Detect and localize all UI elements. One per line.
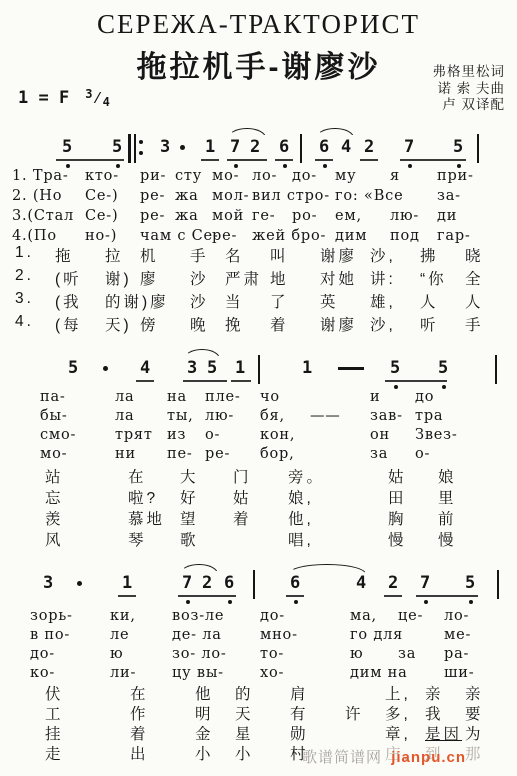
lyric-syllable: до- bbox=[30, 646, 110, 662]
lyric-syllable: жа bbox=[175, 188, 212, 204]
lyric-syllable: бор, bbox=[260, 446, 310, 462]
note-digit: 2 bbox=[388, 573, 404, 593]
lyric-syllable: 天 bbox=[235, 702, 290, 724]
note-digit: 1 bbox=[235, 358, 251, 378]
lyric-syllable: 站 bbox=[45, 465, 128, 487]
lyric-syllable: це- bbox=[398, 608, 444, 624]
lyric-syllable: “你 bbox=[420, 267, 465, 289]
repeat-sign bbox=[128, 134, 144, 163]
lyric-syllable: 金 bbox=[195, 722, 235, 744]
song-title-russian: СЕРЕЖА-ТРАКТОРИСТ bbox=[0, 9, 517, 40]
lyric-syllable: 前 bbox=[438, 507, 517, 529]
lyric-line: в по-леде- ламно-го дляме- bbox=[0, 627, 517, 646]
lyric-syllable: жа bbox=[175, 208, 212, 224]
lyric-syllable: 工 bbox=[45, 702, 130, 724]
lyric-syllable: 琴 bbox=[128, 528, 180, 550]
lyric-syllable: 英 bbox=[320, 290, 370, 312]
lyric-syllable: де- ла bbox=[172, 627, 260, 643]
barline bbox=[258, 355, 260, 384]
lyric-line: 站在大门旁。姑娘 bbox=[0, 465, 517, 486]
lyric-syllable: 1. Тра- bbox=[12, 168, 85, 184]
lyric-syllable: зо- ло- bbox=[172, 646, 260, 662]
lyric-syllable: в по- bbox=[30, 627, 110, 643]
lyric-syllable: Се-) bbox=[85, 188, 140, 204]
lyric-syllable: 的谢)廖 bbox=[105, 290, 140, 312]
low-octave-dot bbox=[186, 600, 190, 604]
eighth-note-beam bbox=[416, 595, 478, 597]
barline bbox=[300, 134, 302, 163]
lyric-syllable: мой bbox=[212, 208, 252, 224]
lyric-syllable: под bbox=[390, 228, 437, 244]
lyric-syllable: воз-ле bbox=[172, 608, 260, 624]
lyric-syllable: за- bbox=[437, 188, 517, 204]
lyric-syllable: чам с Се- bbox=[140, 228, 175, 244]
watermark: 歌谱简谱网 jianpu.cn bbox=[302, 746, 466, 767]
lyric-syllable: Се-) bbox=[85, 208, 140, 224]
lyric-syllable: я bbox=[390, 168, 437, 184]
lyric-syllable: 对她 bbox=[320, 267, 370, 289]
lyric-syllable: 歌 bbox=[180, 528, 233, 550]
lyric-syllable: 小 bbox=[235, 742, 290, 764]
lyric-syllable: жей бро- bbox=[252, 228, 292, 244]
note-digit: 6 bbox=[290, 573, 306, 593]
credit-line: 诺 索 夫曲 bbox=[433, 81, 506, 98]
lyric-syllable: ма, bbox=[350, 608, 398, 624]
lyric-syllable: ре- bbox=[212, 228, 252, 244]
lyric-syllable: 在 bbox=[130, 682, 195, 704]
lyric-syllable: 叫 bbox=[270, 244, 320, 266]
time-signature: 3⁄4 bbox=[85, 88, 110, 108]
lyric-syllable: 晓 bbox=[465, 244, 517, 266]
lyric-syllable: 旁。 bbox=[288, 465, 388, 487]
note-digit: 5 bbox=[68, 358, 84, 378]
note-digit: 5 bbox=[465, 573, 481, 593]
note-digit: 2 bbox=[202, 573, 218, 593]
lyric-syllable: 上, bbox=[385, 682, 425, 704]
lyric-syllable: трят bbox=[115, 427, 167, 443]
tie-slur-arc bbox=[184, 349, 220, 359]
augmentation-dot bbox=[180, 145, 185, 150]
augmentation-dot bbox=[103, 366, 108, 371]
lyric-line: 2.(听谢)廖沙严肃地对她讲:“你全 bbox=[0, 267, 517, 290]
lyric-syllable: 4.(По bbox=[12, 228, 85, 244]
lyric-syllable: ю bbox=[350, 646, 398, 662]
lyric-syllable: 地 bbox=[270, 267, 320, 289]
lyric-syllable: бя, bbox=[260, 408, 310, 424]
lyric-syllable: мол- bbox=[212, 188, 252, 204]
lyric-syllable: 那 bbox=[465, 742, 517, 764]
note-digit: 3 bbox=[43, 573, 59, 593]
lyric-syllable: 忘 bbox=[45, 486, 128, 508]
lyric-syllable: 名 bbox=[225, 244, 270, 266]
credits-block: 弗格里松词诺 索 夫曲卢 双译配 bbox=[433, 64, 506, 114]
lyric-syllable: ю bbox=[110, 646, 172, 662]
credit-line: 卢 双译配 bbox=[433, 97, 506, 114]
lyric-syllable: сту bbox=[175, 168, 212, 184]
lyric-syllable: (我 bbox=[55, 290, 105, 312]
lyric-syllable: 他 bbox=[195, 682, 235, 704]
note-digit: 5 bbox=[390, 358, 406, 378]
lyric-syllable: —— bbox=[310, 408, 370, 424]
lyric-syllable: тра bbox=[415, 408, 517, 424]
lyric-syllable: 着 bbox=[270, 313, 320, 335]
low-octave-dot bbox=[424, 600, 428, 604]
lyric-syllable: лю- bbox=[205, 408, 260, 424]
lyric-syllable: за bbox=[370, 446, 415, 462]
lyric-syllable: 雄, bbox=[370, 290, 420, 312]
tie-slur-arc bbox=[316, 128, 354, 138]
lyric-syllable: 星 bbox=[235, 722, 290, 744]
low-octave-dot bbox=[228, 600, 232, 604]
note-digit: 4 bbox=[356, 573, 372, 593]
note-digit: 7 bbox=[182, 573, 198, 593]
lyric-syllable: 唱, bbox=[288, 528, 388, 550]
lyric-syllable: 拂 bbox=[420, 244, 465, 266]
eighth-note-beam bbox=[201, 159, 219, 161]
lyric-syllable: смо- bbox=[40, 427, 115, 443]
key-signature: 1 = F3⁄4 bbox=[18, 87, 110, 109]
lyric-syllable: дим на bbox=[350, 665, 398, 681]
watermark-site-url: jianpu.cn bbox=[391, 749, 466, 766]
lyric-syllable: 了 bbox=[270, 290, 320, 312]
lyric-line: 3.(我的谢)廖沙当了英雄,人人 bbox=[0, 290, 517, 313]
lyric-syllable: ла bbox=[115, 408, 167, 424]
lyric-syllable: то- bbox=[260, 646, 350, 662]
note-digit: 7 bbox=[420, 573, 436, 593]
note-digit: 3 bbox=[160, 137, 176, 157]
note-digit: 4 bbox=[140, 358, 156, 378]
lyric-syllable: 人 bbox=[420, 290, 465, 312]
low-octave-dot bbox=[469, 600, 473, 604]
lyric-syllable: цу вы- bbox=[172, 665, 260, 681]
lyric-line: зорь-ки,воз-ледо-ма,це-ло- bbox=[0, 608, 517, 627]
lyric-syllable: 为 bbox=[465, 722, 517, 744]
lyric-syllable: 廖 bbox=[140, 267, 190, 289]
lyric-syllable: 勋 bbox=[290, 722, 345, 744]
watermark-site-name-chinese: 歌谱简谱网 bbox=[302, 749, 382, 766]
lyric-syllable: го: «Все bbox=[335, 188, 390, 204]
lyric-syllable: хо- bbox=[260, 665, 350, 681]
note-digit: 2 bbox=[250, 137, 266, 157]
lyric-syllable: 娘 bbox=[438, 465, 517, 487]
note-digit: 1 bbox=[205, 137, 221, 157]
note-digit: 3 bbox=[187, 358, 203, 378]
lyric-syllable: 4. bbox=[15, 313, 55, 331]
lyric-syllable: 要 bbox=[465, 702, 517, 724]
lyric-line: 工作明天有许多,我要 bbox=[0, 702, 517, 722]
lyric-syllable: 3.(Стал bbox=[12, 208, 85, 224]
note-digit: 2 bbox=[364, 137, 380, 157]
lyric-syllable: 慢 bbox=[388, 528, 438, 550]
eighth-note-beam bbox=[400, 159, 466, 161]
barline bbox=[253, 570, 255, 599]
lyric-syllable: ла bbox=[115, 389, 167, 405]
lyric-syllable: 风 bbox=[45, 528, 128, 550]
note-digit: 1 bbox=[122, 573, 138, 593]
note-digit: 4 bbox=[341, 137, 357, 157]
lyric-syllable: 谢廖 bbox=[320, 313, 370, 335]
lyric-syllable: кон, bbox=[260, 427, 310, 443]
lyric-syllable: (每 bbox=[55, 313, 105, 335]
lyric-syllable: 着 bbox=[130, 722, 195, 744]
lyric-syllable: гар- bbox=[437, 228, 517, 244]
lyric-syllable: о- bbox=[415, 446, 517, 462]
lyric-syllable: дим bbox=[335, 228, 390, 244]
lyric-syllable: 是因 bbox=[425, 722, 465, 744]
lyric-line: 挂着金星勋章,是因为 bbox=[0, 722, 517, 742]
eighth-note-beam bbox=[227, 159, 267, 161]
lyric-syllable: 啦? bbox=[128, 486, 180, 508]
eighth-note-beam bbox=[56, 159, 124, 161]
lyric-syllable: ши- bbox=[444, 665, 517, 681]
lyric-syllable: 许 bbox=[345, 702, 385, 724]
lyric-syllable: 他, bbox=[288, 507, 388, 529]
lyric-syllable: 作 bbox=[130, 702, 195, 724]
lyric-syllable: 人 bbox=[465, 290, 517, 312]
lyric-line: 羡慕地望着他,胸前 bbox=[0, 507, 517, 528]
lyric-syllable: 沙, bbox=[370, 244, 420, 266]
lyric-syllable: Звез- bbox=[415, 427, 517, 443]
lyric-syllable: 姑 bbox=[388, 465, 438, 487]
lyric-syllable: 严肃 bbox=[225, 267, 270, 289]
note-digit: 5 bbox=[112, 137, 128, 157]
note-digit: 6 bbox=[279, 137, 295, 157]
lyric-syllable: зорь- bbox=[30, 608, 110, 624]
lyric-line: 1.拖拉机手名叫谢廖沙,拂晓 bbox=[0, 244, 517, 267]
lyric-syllable: ге- bbox=[252, 208, 292, 224]
lyric-syllable: 大 bbox=[180, 465, 233, 487]
lyric-syllable: 2. (Но bbox=[12, 188, 85, 204]
lyric-syllable: па- bbox=[40, 389, 115, 405]
note-digit: 5 bbox=[453, 137, 469, 157]
scanned-sheet-music-page: СЕРЕЖА-ТРАКТОРИСТ 拖拉机手-谢廖沙 1 = F3⁄4 弗格里松… bbox=[0, 0, 517, 776]
lyric-syllable: 慢 bbox=[438, 528, 517, 550]
lyric-syllable: ме- bbox=[444, 627, 517, 643]
lyric-syllable: 1. bbox=[15, 244, 55, 262]
duration-dash bbox=[338, 367, 364, 370]
lyric-syllable: мо- bbox=[212, 168, 252, 184]
lyric-syllable: ки, bbox=[110, 608, 172, 624]
credit-line: 弗格里松词 bbox=[433, 64, 506, 81]
lyric-syllable: 着 bbox=[233, 507, 288, 529]
lyric-syllable: 沙 bbox=[190, 267, 225, 289]
note-digit: 1 bbox=[302, 358, 318, 378]
lyric-line: 3.(СталСе-)ре-жамойге-ро-ем,лю-ди bbox=[0, 208, 517, 228]
eighth-note-beam bbox=[136, 380, 154, 382]
lyric-syllable: 在 bbox=[128, 465, 180, 487]
lyrics-russian-verse-block-2: па-ланапле-чоидобы-латы,лю-бя,——зав-трас… bbox=[0, 389, 517, 465]
lyric-syllable: 谢) bbox=[105, 267, 140, 289]
lyric-syllable: 手 bbox=[465, 313, 517, 335]
lyric-syllable: го для bbox=[350, 627, 398, 643]
key-label: 1 = F bbox=[18, 88, 69, 108]
lyric-line: 1. Тра-кто-ри-стумо-ло-до-муяпри- bbox=[0, 168, 517, 188]
lyric-syllable: 讲: bbox=[370, 267, 420, 289]
lyric-syllable: ди bbox=[437, 208, 517, 224]
barline bbox=[477, 134, 479, 163]
note-digit: 5 bbox=[207, 358, 223, 378]
lyric-syllable: 沙 bbox=[190, 290, 225, 312]
augmentation-dot bbox=[77, 581, 82, 586]
lyric-line: 风琴歌唱,慢慢 bbox=[0, 528, 517, 549]
lyric-syllable: ло- bbox=[252, 168, 292, 184]
eighth-note-beam bbox=[178, 595, 236, 597]
lyric-syllable: 沙, bbox=[370, 313, 420, 335]
lyric-syllable: лю- bbox=[390, 208, 437, 224]
lyric-syllable: 亲 bbox=[465, 682, 517, 704]
lyric-syllable: 机 bbox=[140, 244, 190, 266]
lyric-syllable: 全 bbox=[465, 267, 517, 289]
eighth-note-beam bbox=[385, 380, 447, 382]
lyric-syllable: о- bbox=[205, 427, 260, 443]
lyric-syllable: вил стро- bbox=[252, 188, 292, 204]
lyric-syllable: ло- bbox=[444, 608, 517, 624]
lyric-syllable: за bbox=[398, 646, 444, 662]
lyric-syllable: 拉 bbox=[105, 244, 140, 266]
tie-slur-arc bbox=[288, 564, 366, 574]
tie-slur-arc bbox=[228, 128, 266, 138]
lyric-syllable: 当 bbox=[225, 290, 270, 312]
lyric-syllable: 傍 bbox=[140, 313, 190, 335]
lyric-syllable: он bbox=[370, 427, 415, 443]
lyric-line: па-ланапле-чоидо bbox=[0, 389, 517, 408]
lyric-syllable: 明 bbox=[195, 702, 235, 724]
lyric-syllable: 我 bbox=[425, 702, 465, 724]
low-octave-dot bbox=[294, 600, 298, 604]
eighth-note-beam bbox=[384, 595, 402, 597]
lyrics-chinese-verse-block-2: 站在大门旁。姑娘忘啦?好姑娘,田里羡慕地望着他,胸前风琴歌唱,慢慢 bbox=[0, 465, 517, 549]
lyric-syllable: мно- bbox=[260, 627, 350, 643]
lyric-syllable: чо bbox=[260, 389, 310, 405]
lyric-syllable: из bbox=[167, 427, 205, 443]
note-digit: 6 bbox=[224, 573, 240, 593]
lyric-syllable: 章, bbox=[385, 722, 425, 744]
lyrics-chinese-verse-block-1: 1.拖拉机手名叫谢廖沙,拂晓2.(听谢)廖沙严肃地对她讲:“你全3.(我的谢)廖… bbox=[0, 244, 517, 336]
lyric-line: 2. (НоСе-)ре-жамол-вил стро-го: «Всеза- bbox=[0, 188, 517, 208]
lyric-line: смо-трятизо-кон,онЗвез- bbox=[0, 427, 517, 446]
lyric-line: 忘啦?好姑娘,田里 bbox=[0, 486, 517, 507]
lyric-syllable: ли- bbox=[110, 665, 172, 681]
lyric-syllable: 挂 bbox=[45, 722, 130, 744]
lyric-line: мо-нипе-ре-бор,зао- bbox=[0, 446, 517, 465]
lyrics-russian-verse-block-3: зорь-ки,воз-ледо-ма,це-ло-в по-леде- лам… bbox=[0, 608, 517, 684]
lyric-syllable: 晚 bbox=[190, 313, 225, 335]
lyric-syllable: (听 bbox=[55, 267, 105, 289]
lyric-syllable: 走 bbox=[45, 742, 130, 764]
lyric-syllable: ем, bbox=[335, 208, 390, 224]
lyric-syllable: 有 bbox=[290, 702, 345, 724]
note-digit: 5 bbox=[62, 137, 78, 157]
lyric-syllable: ре- bbox=[140, 188, 175, 204]
tie-slur-arc bbox=[180, 564, 218, 574]
lyric-syllable: 望 bbox=[180, 507, 233, 529]
lyric-syllable: 里 bbox=[438, 486, 517, 508]
lyric-syllable: 好 bbox=[180, 486, 233, 508]
note-digit: 7 bbox=[404, 137, 420, 157]
lyrics-russian-verse-block-1: 1. Тра-кто-ри-стумо-ло-до-муяпри-2. (НоС… bbox=[0, 168, 517, 248]
barline bbox=[497, 570, 499, 599]
lyric-line: 4.(每天)傍晚挽着谢廖沙,听手 bbox=[0, 313, 517, 336]
lyric-syllable: ро- bbox=[292, 208, 335, 224]
lyric-syllable: ре- bbox=[205, 446, 260, 462]
lyric-syllable: 田 bbox=[388, 486, 438, 508]
note-digit: 5 bbox=[438, 358, 454, 378]
lyric-syllable: пле- bbox=[205, 389, 260, 405]
lyric-line: бы-латы,лю-бя,——зав-тра bbox=[0, 408, 517, 427]
eighth-note-beam bbox=[315, 159, 333, 161]
lyric-syllable: 挽 bbox=[225, 313, 270, 335]
lyric-syllable: ле bbox=[110, 627, 172, 643]
lyric-syllable: ты, bbox=[167, 408, 205, 424]
note-digit: 6 bbox=[319, 137, 335, 157]
lyric-syllable: до bbox=[415, 389, 517, 405]
lyric-syllable: 慕地 bbox=[128, 507, 180, 529]
lyric-syllable: 肩 bbox=[290, 682, 345, 704]
lyric-syllable: му bbox=[335, 168, 390, 184]
lyric-syllable: бы- bbox=[40, 408, 115, 424]
eighth-note-beam bbox=[360, 159, 378, 161]
lyric-syllable: 的 bbox=[235, 682, 290, 704]
lyric-syllable: 手 bbox=[190, 244, 225, 266]
lyric-syllable: до- bbox=[292, 168, 335, 184]
lyric-syllable: 娘, bbox=[288, 486, 388, 508]
lyric-syllable: 听 bbox=[420, 313, 465, 335]
lyric-syllable: 3. bbox=[15, 290, 55, 308]
eighth-note-beam bbox=[286, 595, 304, 597]
lyric-syllable: ре- bbox=[140, 208, 175, 224]
lyric-syllable: 门 bbox=[233, 465, 288, 487]
lyric-syllable: 亲 bbox=[425, 682, 465, 704]
barline bbox=[495, 355, 497, 384]
lyric-syllable: но-) bbox=[85, 228, 140, 244]
lyric-syllable: 2. bbox=[15, 267, 55, 285]
eighth-note-beam bbox=[275, 159, 293, 161]
lyric-line: 伏在他的肩上,亲亲 bbox=[0, 682, 517, 702]
lyric-syllable: при- bbox=[437, 168, 517, 184]
lyric-syllable: ни bbox=[115, 446, 167, 462]
lyric-syllable: и bbox=[370, 389, 415, 405]
lyric-syllable: 拖 bbox=[55, 244, 105, 266]
lyric-syllable: 谢廖 bbox=[320, 244, 370, 266]
lyric-syllable: 出 bbox=[130, 742, 195, 764]
lyric-syllable: кто- bbox=[85, 168, 140, 184]
lyric-syllable: зав- bbox=[370, 408, 415, 424]
lyric-syllable: ри- bbox=[140, 168, 175, 184]
lyric-syllable: 胸 bbox=[388, 507, 438, 529]
lyric-syllable: мо- bbox=[40, 446, 115, 462]
lyric-syllable: ра- bbox=[444, 646, 517, 662]
eighth-note-beam bbox=[231, 380, 251, 382]
music-line-3: 3172664275 bbox=[0, 573, 517, 609]
lyric-syllable: 小 bbox=[195, 742, 235, 764]
note-digit: 7 bbox=[230, 137, 246, 157]
lyric-syllable: до- bbox=[260, 608, 350, 624]
lyric-syllable: 羡 bbox=[45, 507, 128, 529]
eighth-note-beam bbox=[183, 380, 227, 382]
lyric-syllable: 伏 bbox=[45, 682, 130, 704]
lyric-line: до-юзо- ло-то-юзара- bbox=[0, 646, 517, 665]
lyric-syllable: ко- bbox=[30, 665, 110, 681]
lyric-syllable: 天) bbox=[105, 313, 140, 335]
lyric-syllable: 姑 bbox=[233, 486, 288, 508]
lyric-syllable: 多, bbox=[385, 702, 425, 724]
eighth-note-beam bbox=[118, 595, 136, 597]
lyric-syllable: пе- bbox=[167, 446, 205, 462]
lyric-syllable: на bbox=[167, 389, 205, 405]
